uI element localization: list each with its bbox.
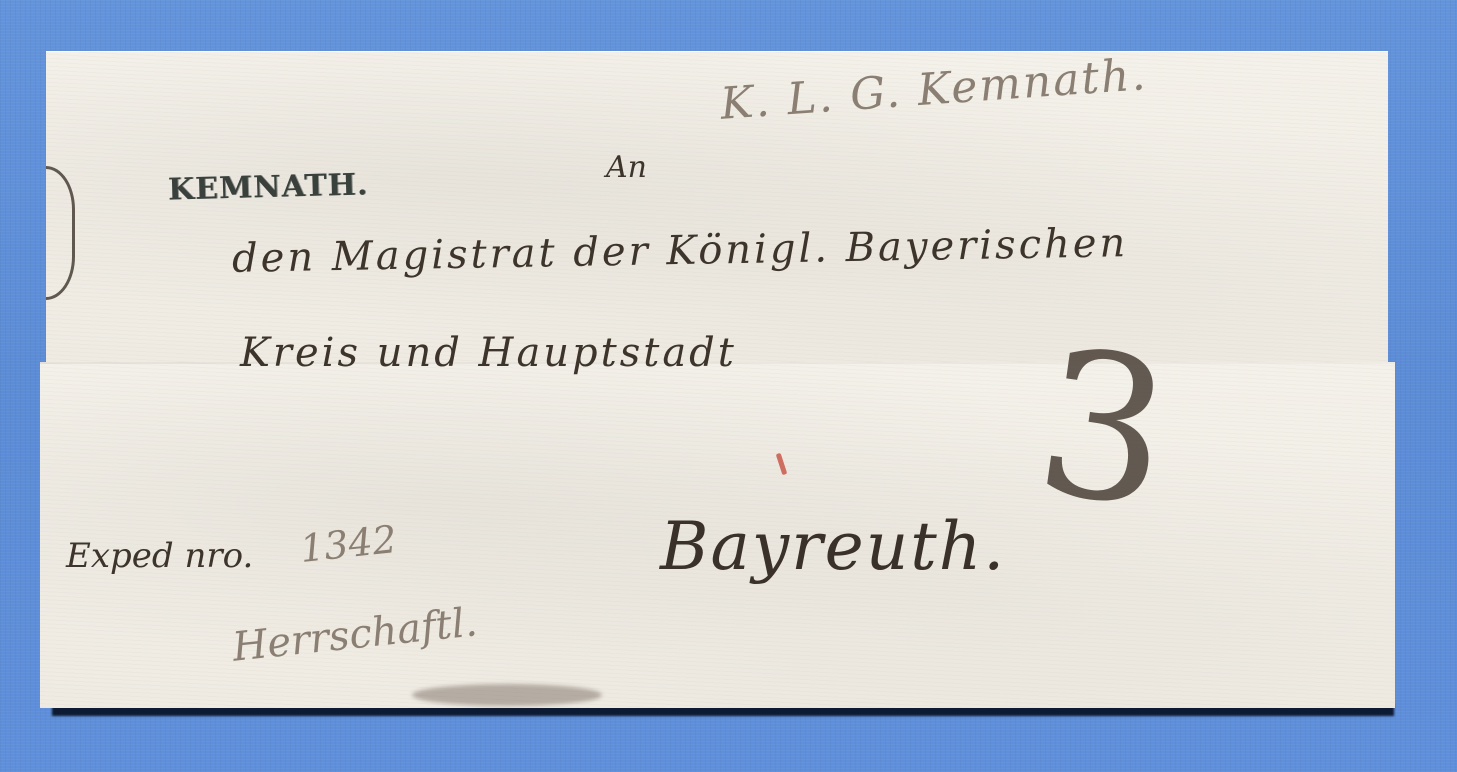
cover-front-panel [46,51,1388,363]
cover-lower-panel [40,362,1395,708]
fold-line [40,362,1395,364]
